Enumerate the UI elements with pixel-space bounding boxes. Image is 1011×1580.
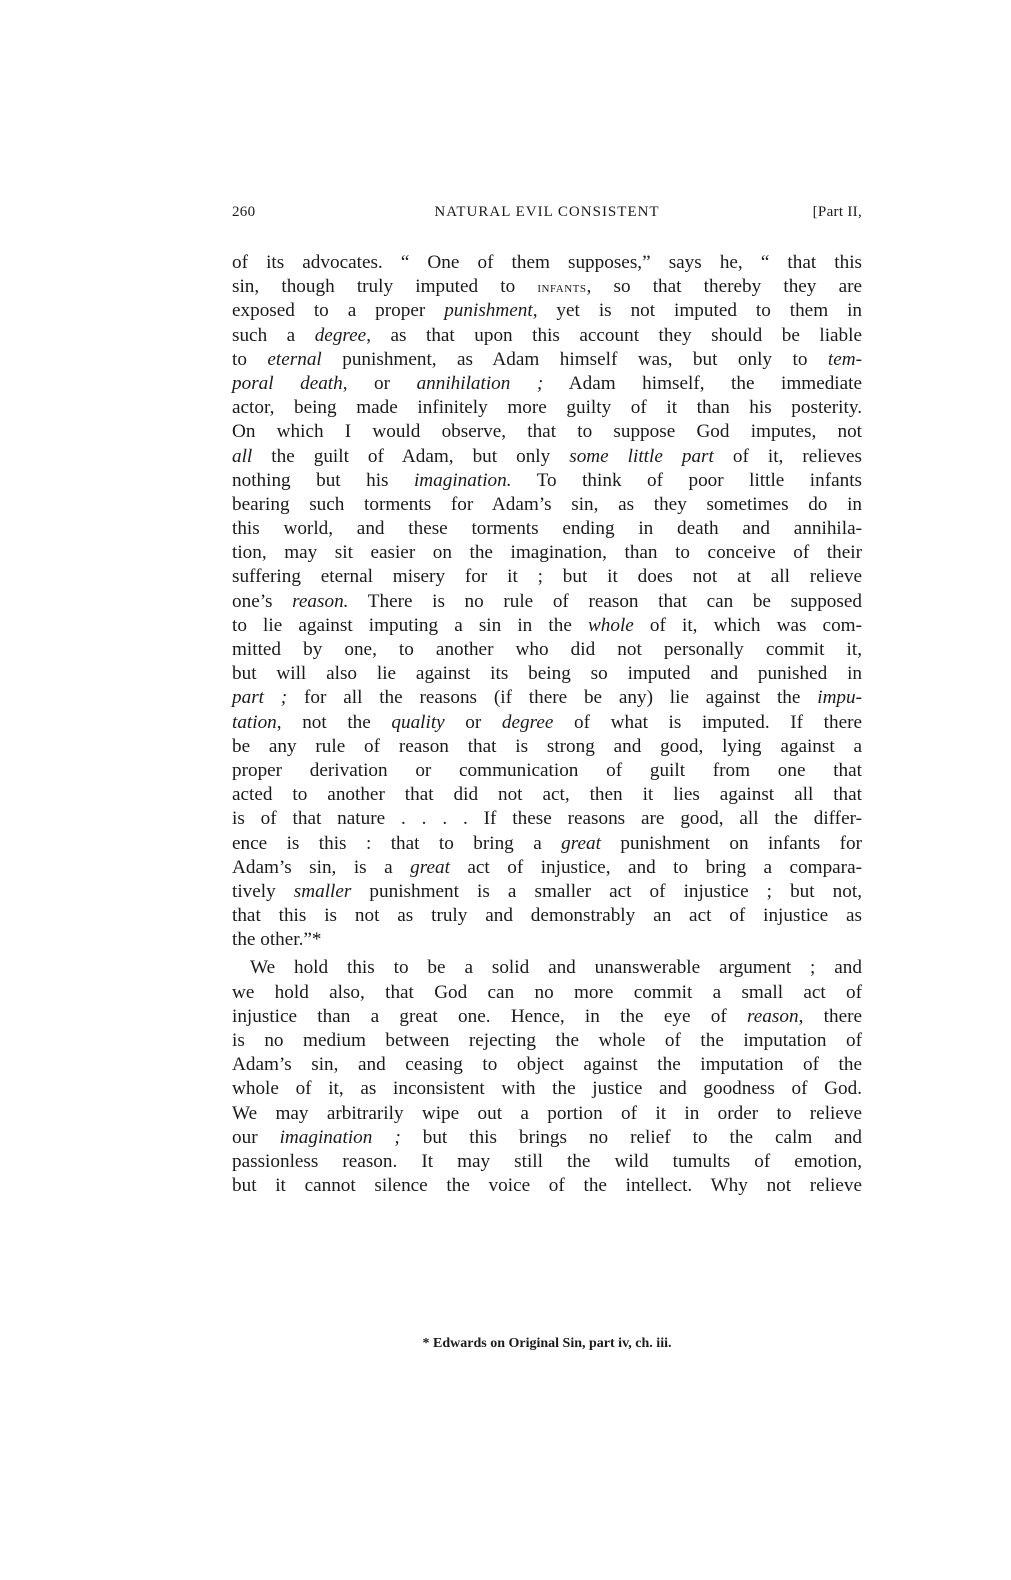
text-line: but will also lie against its being so i… <box>232 662 862 686</box>
body-text: of its advocates. “ One of them supposes… <box>232 251 862 1198</box>
text-line: acted to another that did not act, then … <box>232 783 862 807</box>
text-line: we hold also, that God can no more commi… <box>232 981 862 1005</box>
text-line: but it cannot silence the voice of the i… <box>232 1174 862 1198</box>
text-line: proper derivation or communication of gu… <box>232 759 862 783</box>
text-line: one’s reason. There is no rule of reason… <box>232 590 862 614</box>
text-line: passionless reason. It may still the wil… <box>232 1150 862 1174</box>
text-line: injustice than a great one. Hence, in th… <box>232 1005 862 1029</box>
text-line: nothing but his imagination. To think of… <box>232 469 862 493</box>
text-line: such a degree, as that upon this account… <box>232 324 862 348</box>
running-title: NATURAL EVIL CONSISTENT <box>232 204 862 221</box>
text-line: tively smaller punishment is a smaller a… <box>232 880 862 904</box>
text-line: Adam’s sin, is a great act of injustice,… <box>232 856 862 880</box>
text-line: whole of it, as inconsistent with the ju… <box>232 1077 862 1101</box>
text-line: to eternal punishment, as Adam himself w… <box>232 348 862 372</box>
text-line: We may arbitrarily wipe out a portion of… <box>232 1102 862 1126</box>
text-line: suffering eternal misery for it ; but it… <box>232 565 862 589</box>
text-line: all the guilt of Adam, but only some lit… <box>232 445 862 469</box>
paragraph: We hold this to be a solid and unanswera… <box>232 956 862 1198</box>
paragraph: of its advocates. “ One of them supposes… <box>232 251 862 952</box>
text-line: exposed to a proper punishment, yet is n… <box>232 299 862 323</box>
text-line: to lie against imputing a sin in the who… <box>232 614 862 638</box>
running-head: 260 NATURAL EVIL CONSISTENT [Part II, <box>232 204 862 228</box>
text-line: Adam’s sin, and ceasing to object agains… <box>232 1053 862 1077</box>
book-page: 260 NATURAL EVIL CONSISTENT [Part II, of… <box>0 0 1011 1580</box>
text-line: actor, being made infinitely more guilty… <box>232 396 862 420</box>
text-line: that this is not as truly and demonstrab… <box>232 904 862 928</box>
text-line: be any rule of reason that is strong and… <box>232 735 862 759</box>
text-line: is of that nature . . . . If these reaso… <box>232 807 862 831</box>
text-line: part ; for all the reasons (if there be … <box>232 686 862 710</box>
text-line: is no medium between rejecting the whole… <box>232 1029 862 1053</box>
text-line: tation, not the quality or degree of wha… <box>232 711 862 735</box>
text-line: We hold this to be a solid and unanswera… <box>232 956 862 980</box>
text-line: of its advocates. “ One of them supposes… <box>232 251 862 275</box>
footnote: * Edwards on Original Sin, part iv, ch. … <box>232 1336 862 1352</box>
text-line: bearing such torments for Adam’s sin, as… <box>232 493 862 517</box>
text-line: our imagination ; but this brings no rel… <box>232 1126 862 1150</box>
text-line: mitted by one, to another who did not pe… <box>232 638 862 662</box>
text-line: tion, may sit easier on the imagination,… <box>232 541 862 565</box>
text-line: sin, though truly imputed to infants, so… <box>232 275 862 299</box>
text-line: the other.”* <box>232 928 862 952</box>
text-line: this world, and these torments ending in… <box>232 517 862 541</box>
text-line: ence is this : that to bring a great pun… <box>232 832 862 856</box>
text-line: poral death, or annihilation ; Adam hims… <box>232 372 862 396</box>
part-label: [Part II, <box>813 204 862 221</box>
text-line: On which I would observe, that to suppos… <box>232 420 862 444</box>
